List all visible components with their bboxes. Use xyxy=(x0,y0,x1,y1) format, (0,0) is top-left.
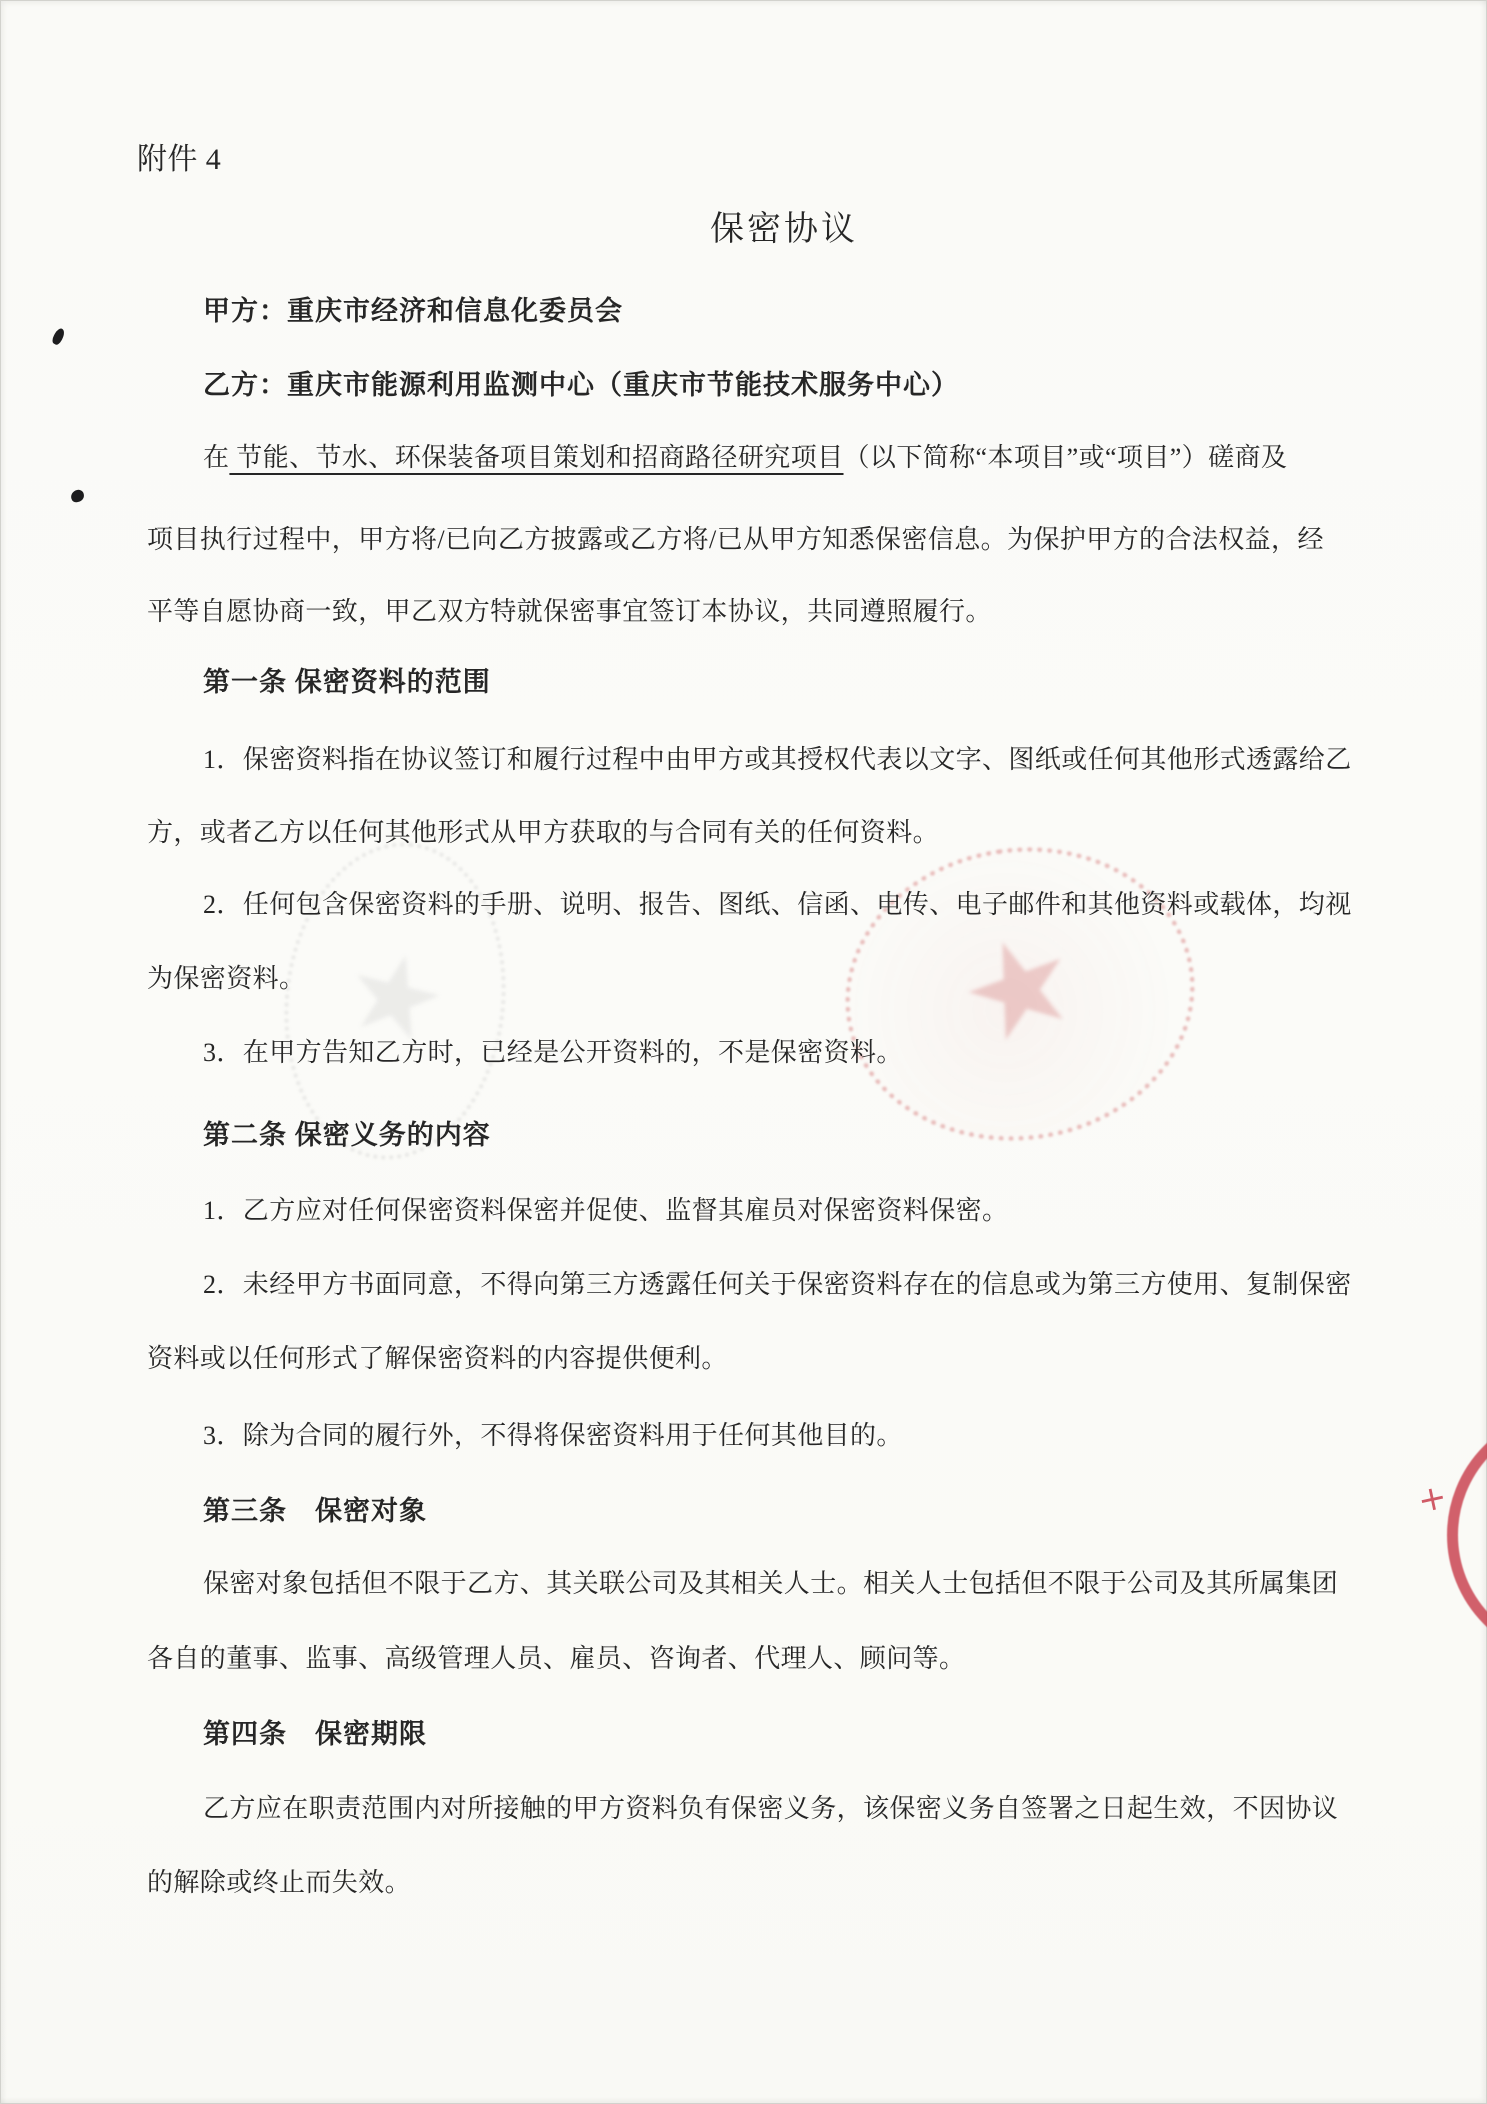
section-4-heading: 第四条 保密期限 xyxy=(203,1719,427,1750)
intro-line-3: 平等自愿协商一致，甲乙双方特就保密事宜签订本协议，共同遵照履行。 xyxy=(147,597,992,627)
section-4-line-2: 的解除或终止而失效。 xyxy=(147,1868,411,1898)
section-1-line-1: 1．保密资料指在协议签订和履行过程中由甲方或其授权代表以文字、图纸或任何其他形式… xyxy=(203,745,1352,775)
ink-speck xyxy=(70,489,85,503)
section-2-line-1: 1．乙方应对任何保密资料保密并促使、监督其雇员对保密资料保密。 xyxy=(203,1196,1008,1226)
section-1-line-4: 为保密资料。 xyxy=(147,964,305,994)
section-3-heading: 第三条 保密对象 xyxy=(203,1496,427,1527)
star-icon: ★ xyxy=(940,898,1099,1077)
intro-line-1: 在 节能、节水、环保装备项目策划和招商路径研究项目（以下简称“本项目”或“项目”… xyxy=(203,443,1287,473)
red-seal-stamp: ★ xyxy=(826,825,1213,1163)
party-b-line: 乙方：重庆市能源利用监测中心（重庆市节能技术服务中心） xyxy=(203,370,959,401)
section-1-line-3: 2．任何包含保密资料的手册、说明、报告、图纸、信函、电传、电子邮件和其他资料或载… xyxy=(203,890,1352,920)
document-title: 保密协议 xyxy=(710,210,858,249)
section-2-line-3: 资料或以任何形式了解保密资料的内容提供便利。 xyxy=(147,1344,728,1374)
section-3-line-2: 各自的董事、监事、高级管理人员、雇员、咨询者、代理人、顾问等。 xyxy=(147,1644,965,1674)
section-2-line-4: 3．除为合同的履行外，不得将保密资料用于任何其他目的。 xyxy=(203,1421,903,1451)
edge-seal-plus-mark: + xyxy=(1415,1479,1450,1518)
section-2-line-2: 2．未经甲方书面同意，不得向第三方透露任何关于保密资料存在的信息或为第三方使用、… xyxy=(203,1270,1352,1300)
party-a-line: 甲方：重庆市经济和信息化委员会 xyxy=(203,296,623,327)
intro-prefix: 在 xyxy=(203,443,229,472)
edge-seal-stamp xyxy=(1447,1409,1487,1661)
section-3-line-1: 保密对象包括但不限于乙方、其关联公司及其相关人士。相关人士包括但不限于公司及其所… xyxy=(203,1569,1338,1599)
section-1-line-2: 方，或者乙方以任何其他形式从甲方获取的与合同有关的任何资料。 xyxy=(147,818,939,848)
section-2-heading: 第二条 保密义务的内容 xyxy=(203,1120,491,1151)
ink-speck xyxy=(51,327,67,346)
section-1-line-5: 3．在甲方告知乙方时，已经是公开资料的，不是保密资料。 xyxy=(203,1038,903,1068)
underlined-project-name: 节能、节水、环保装备项目策划和招商路径研究项目 xyxy=(229,443,843,472)
section-1-heading: 第一条 保密资料的范围 xyxy=(203,667,491,698)
attachment-label: 附件 4 xyxy=(137,143,221,178)
scanned-document-page: ★ ★ + 附件 4 保密协议 甲方：重庆市经济和信息化委员会 乙方：重庆市能源… xyxy=(0,0,1487,2104)
intro-line-2: 项目执行过程中，甲方将/已向乙方披露或乙方将/已从甲方知悉保密信息。为保护甲方的… xyxy=(147,525,1324,555)
section-4-line-1: 乙方应在职责范围内对所接触的甲方资料负有保密义务，该保密义务自签署之日起生效，不… xyxy=(203,1794,1338,1824)
intro-suffix: （以下简称“本项目”或“项目”）磋商及 xyxy=(844,443,1288,472)
